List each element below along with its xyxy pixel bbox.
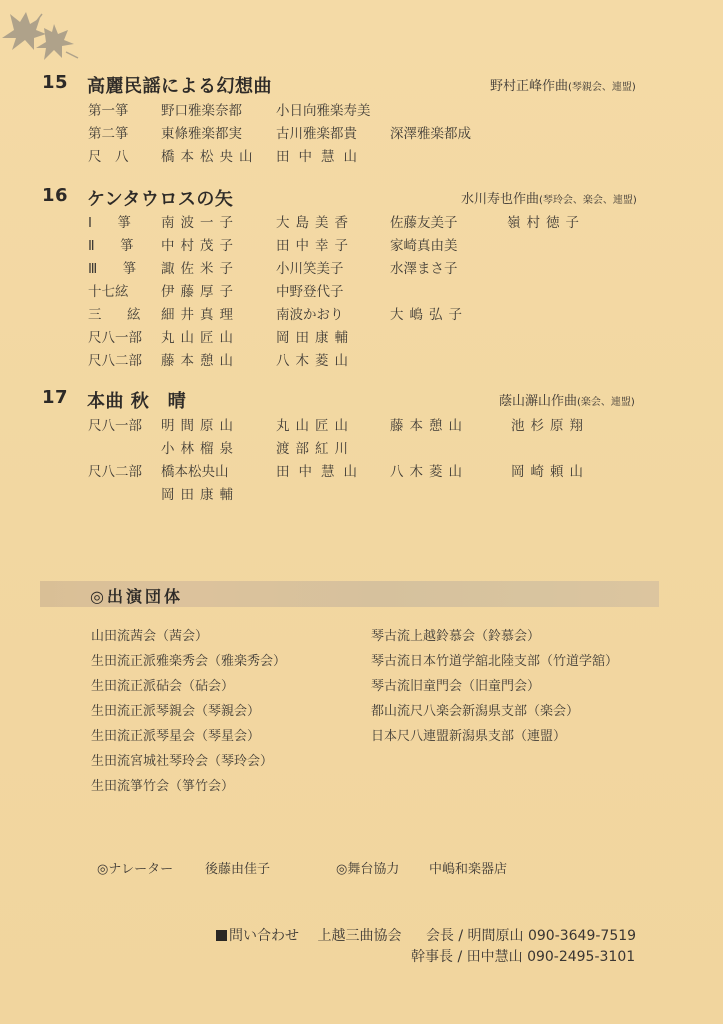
composer-name: 蔭山澥山作曲 (499, 394, 577, 409)
part-label: 第一箏 (88, 99, 129, 119)
performer-row: 尺 八 橋本松央山 田中慧山 (0, 145, 723, 167)
maple-leaves-icon (0, 0, 90, 70)
contact-chair: 会長 / 明間原山 090-3649-7519 (426, 928, 636, 944)
performer: 田中幸子 (276, 234, 354, 254)
performer: 丸山匠山 (276, 414, 354, 434)
piece-number: 15 (42, 72, 68, 93)
contact-line-2: 幹事長 / 田中慧山 090-2495-3101 (411, 946, 635, 966)
stage-support-label: ◎舞台協力 (336, 858, 399, 877)
group-item: 生田流正派琴星会（琴星会） (91, 726, 286, 751)
performer: 伊藤厚子 (161, 280, 239, 300)
group-item: 琴古流日本竹道学舘北陸支部（竹道学舘） (371, 651, 618, 676)
group-item: 生田流正派琴親会（琴親会） (91, 701, 286, 726)
part-label: 尺 八 (88, 145, 129, 165)
composer-groups: (琴親会、連盟) (568, 82, 636, 93)
performer: 嶺村徳子 (507, 211, 585, 231)
contact-org: 上越三曲協会 (317, 928, 401, 944)
performer: 諏佐米子 (161, 257, 239, 277)
group-item: 都山流尺八楽会新潟県支部（楽会） (371, 701, 618, 726)
group-item: 日本尺八連盟新潟県支部（連盟） (371, 726, 618, 751)
performer-row: 尺八一部 明間原山 丸山匠山 藤本憩山 池杉原翔 (0, 414, 723, 436)
composer-groups: (琴玲会、楽会、連盟) (539, 195, 637, 206)
performer-row: 尺八二部 藤本憩山 八木菱山 (0, 349, 723, 371)
performer: 藤本憩山 (161, 349, 239, 369)
performer: 渡部紅川 (276, 437, 354, 457)
part-label: 尺八二部 (88, 460, 142, 480)
group-item: 生田流正派雅楽秀会（雅楽秀会） (91, 651, 286, 676)
narrator-label: ◎ナレーター (97, 858, 173, 877)
performer: 東條雅楽都実 (161, 122, 242, 142)
section-title: ◎出演団体 (90, 584, 183, 607)
group-item: 生田流箏竹会（箏竹会） (91, 776, 286, 801)
narrator-name: 後藤由佳子 (205, 858, 270, 877)
performer: 藤本憩山 (390, 414, 468, 434)
performer: 岡田康輔 (161, 483, 239, 503)
performer: 明間原山 (161, 414, 239, 434)
part-label: 第二箏 (88, 122, 129, 142)
piece-composer: 水川寿也作曲(琴玲会、楽会、連盟) (461, 188, 637, 207)
performing-groups-left: 山田流茜会（茜会） 生田流正派雅楽秀会（雅楽秀会） 生田流正派砧会（砧会） 生田… (91, 626, 286, 801)
performer: 野口雅楽奈都 (161, 99, 242, 119)
performer-row: 三 絃 細井真理 南波かおり 大嶋弘子 (0, 303, 723, 325)
performer: 水澤まさ子 (390, 257, 458, 277)
performer: 中村茂子 (161, 234, 239, 254)
piece-number: 17 (42, 387, 68, 408)
performer-row: 第二箏 東條雅楽都実 古川雅楽都貴 深澤雅楽都成 (0, 122, 723, 144)
composer-name: 水川寿也作曲 (461, 192, 539, 207)
performer: 深澤雅楽都成 (390, 122, 471, 142)
piece-composer: 蔭山澥山作曲(楽会、連盟) (499, 390, 635, 409)
piece-header: 17 本曲 秋 晴 蔭山澥山作曲(楽会、連盟) (0, 387, 723, 413)
piece-header: 15 高麗民謡による幻想曲 野村正峰作曲(琴親会、連盟) (0, 72, 723, 98)
performer-row: 十七絃 伊藤厚子 中野登代子 (0, 280, 723, 302)
contact-line-1: 問い合わせ 上越三曲協会 会長 / 明間原山 090-3649-7519 (216, 925, 636, 945)
piece-title: 本曲 秋 晴 (87, 387, 186, 413)
piece-number: 16 (42, 185, 68, 206)
square-bullet-icon (216, 930, 227, 941)
part-label: Ⅰ 箏 (88, 211, 137, 231)
performer-row: Ⅱ 箏 中村茂子 田中幸子 家崎真由美 (0, 234, 723, 256)
performer: 八木菱山 (276, 349, 354, 369)
performer-row: Ⅰ 箏 南波一子 大島美香 佐藤友美子 嶺村徳子 (0, 211, 723, 233)
performer: 田中慧山 (276, 145, 366, 165)
performer: 小林榴泉 (161, 437, 239, 457)
contact-secretary: 幹事長 / 田中慧山 090-2495-3101 (411, 949, 635, 965)
performer: 小日向雅楽寿美 (276, 99, 371, 119)
part-label: 尺八一部 (88, 414, 142, 434)
performer: 岡田康輔 (276, 326, 354, 346)
part-label: Ⅲ 箏 (88, 257, 142, 277)
performer: 池杉原翔 (511, 414, 589, 434)
group-item: 生田流正派砧会（砧会） (91, 676, 286, 701)
part-label: 十七絃 (88, 280, 129, 300)
performer-row: 小林榴泉 渡部紅川 (0, 437, 723, 459)
performer: 家崎真由美 (390, 234, 458, 254)
performer-row: Ⅲ 箏 諏佐米子 小川笑美子 水澤まさ子 (0, 257, 723, 279)
group-item: 山田流茜会（茜会） (91, 626, 286, 651)
performer-row: 尺八一部 丸山匠山 岡田康輔 (0, 326, 723, 348)
performer: 大島美香 (276, 211, 354, 231)
stage-support-name: 中嶋和楽器店 (429, 858, 507, 877)
performer: 南波一子 (161, 211, 239, 231)
performer: 佐藤友美子 (390, 211, 458, 231)
performer: 小川笑美子 (276, 257, 344, 277)
performer: 八木菱山 (390, 460, 468, 480)
performer-row: 第一箏 野口雅楽奈都 小日向雅楽寿美 (0, 99, 723, 121)
group-item: 琴古流旧童門会（旧童門会） (371, 676, 618, 701)
performer: 大嶋弘子 (390, 303, 468, 323)
performing-groups-right: 琴古流上越鈴慕会（鈴慕会） 琴古流日本竹道学舘北陸支部（竹道学舘） 琴古流旧童門… (371, 626, 618, 751)
performer: 岡崎頼山 (511, 460, 589, 480)
composer-name: 野村正峰作曲 (490, 79, 568, 94)
piece-title: 高麗民謡による幻想曲 (87, 72, 272, 98)
performer: 丸山匠山 (161, 326, 239, 346)
part-label: 尺八一部 (88, 326, 142, 346)
group-item: 生田流宮城社琴玲会（琴玲会） (91, 751, 286, 776)
performer-row: 岡田康輔 (0, 483, 723, 505)
group-item: 琴古流上越鈴慕会（鈴慕会） (371, 626, 618, 651)
performer: 古川雅楽都貴 (276, 122, 357, 142)
performer: 南波かおり (276, 303, 344, 323)
part-label: Ⅱ 箏 (88, 234, 140, 254)
piece-composer: 野村正峰作曲(琴親会、連盟) (490, 75, 636, 94)
performer: 中野登代子 (276, 280, 344, 300)
performer-row: 尺八二部 橋本松央山 田中慧山 八木菱山 岡崎頼山 (0, 460, 723, 482)
performer: 橋本松央山 (161, 145, 259, 165)
composer-groups: (楽会、連盟) (577, 397, 635, 408)
performer: 橋本松央山 (161, 460, 229, 480)
piece-title: ケンタウロスの矢 (87, 185, 233, 211)
contact-label: 問い合わせ (229, 928, 299, 944)
performer: 田中慧山 (276, 460, 366, 480)
performer: 細井真理 (161, 303, 239, 323)
performers-section-banner: ◎出演団体 (40, 581, 659, 607)
part-label: 三 絃 (88, 303, 147, 323)
part-label: 尺八二部 (88, 349, 142, 369)
piece-header: 16 ケンタウロスの矢 水川寿也作曲(琴玲会、楽会、連盟) (0, 185, 723, 211)
